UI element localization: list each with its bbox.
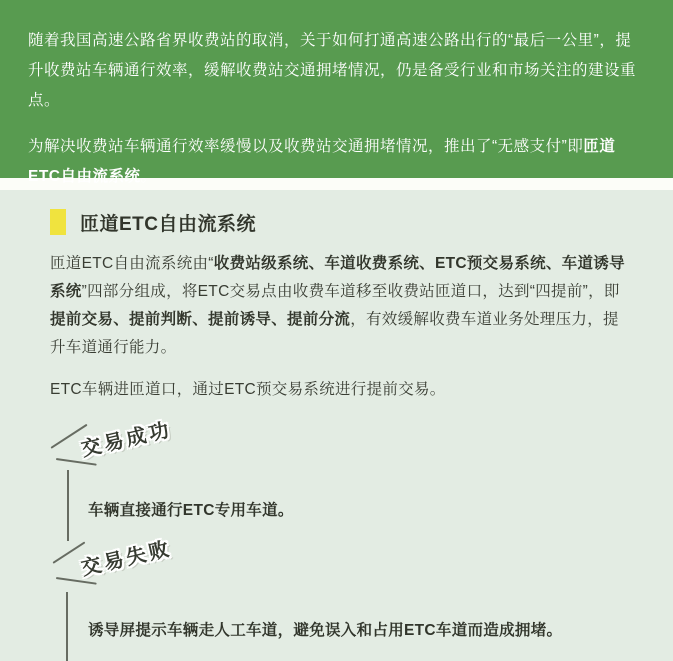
branch-fail-stamp: 交易失败 <box>78 532 174 581</box>
intro-regular-1: 匝道ETC自由流系统由“ <box>50 255 214 272</box>
header-paragraph-2-regular: 为解决收费站车辆通行效率缓慢以及收费站交通拥堵情况，推出了“无感支付”即 <box>28 138 583 155</box>
entry-note: ETC车辆进匝道口，通过ETC预交易系统进行提前交易。 <box>50 376 629 404</box>
header-block: 随着我国高速公路省界收费站的取消，关于如何打通高速公路出行的“最后一公里”，提升… <box>0 0 673 178</box>
branch-success-stamp: 交易成功 <box>78 413 174 462</box>
timeline-segment-1 <box>67 470 69 541</box>
intro-regular-2: ”四部分组成，将ETC交易点由收费车道移至收费站匝道口，达到“四提前”，即 <box>82 283 620 300</box>
intro-bold-2: 提前交易、提前判断、提前诱导、提前分流 <box>50 311 350 328</box>
branch-success-description: 车辆直接通行ETC专用车道。 <box>88 498 294 520</box>
section-title: 匝道ETC自由流系统 <box>80 209 256 236</box>
intro-paragraph: 匝道ETC自由流系统由“收费站级系统、车道收费系统、ETC预交易系统、车道诱导系… <box>50 250 629 362</box>
section-title-row: 匝道ETC自由流系统 <box>50 209 673 235</box>
flow-diagram: 交易成功 车辆直接通行ETC专用车道。 交易失败 诱导屏提示车辆走人工车道，避免… <box>0 415 673 661</box>
title-bullet-icon <box>50 209 66 235</box>
branch-fail-description: 诱导屏提示车辆走人工车道，避免误入和占用ETC车道而造成拥堵。 <box>88 618 562 640</box>
timeline-segment-2 <box>66 592 68 661</box>
header-paragraph-2-period: 。 <box>141 168 157 185</box>
header-paragraph-1: 随着我国高速公路省界收费站的取消，关于如何打通高速公路出行的“最后一公里”，提升… <box>28 26 645 116</box>
content-card: 匝道ETC自由流系统 匝道ETC自由流系统由“收费站级系统、车道收费系统、ETC… <box>0 190 673 661</box>
